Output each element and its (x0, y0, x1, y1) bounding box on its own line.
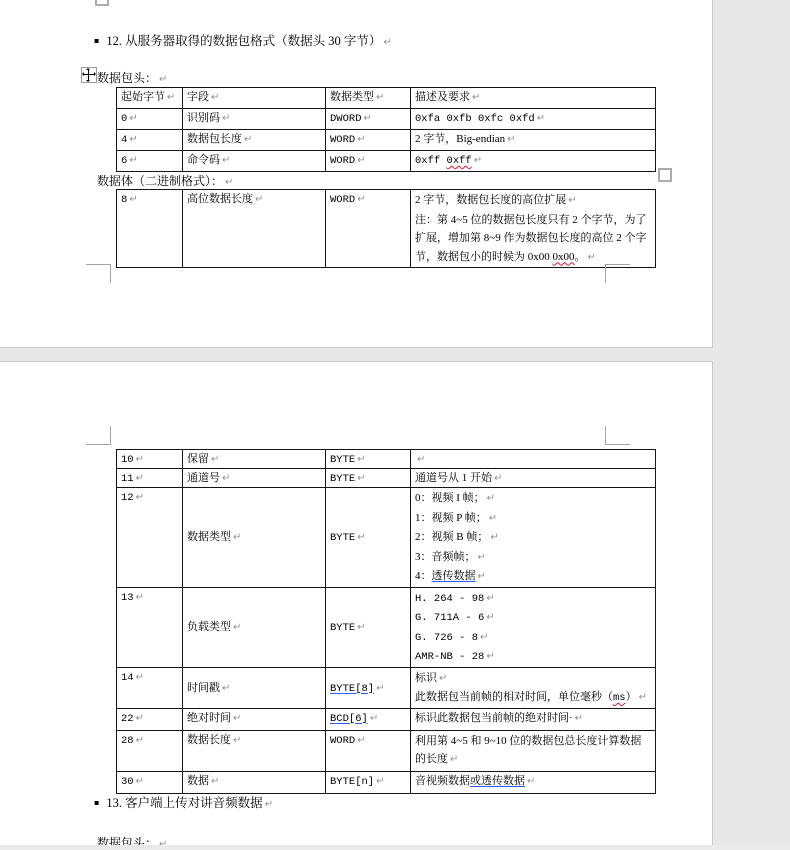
cell-start[interactable]: 11↵ (117, 469, 183, 488)
cell-type[interactable]: DWORD↵ (326, 109, 411, 130)
heading-text: 12. 从服务器取得的数据包格式（数据头 30 字节） (106, 34, 381, 48)
cell-field[interactable]: 命令码↵ (183, 151, 326, 172)
cell-text: 0：视频 I 帧； (415, 492, 485, 504)
viewport-bottom-strip (0, 845, 790, 850)
cell-type[interactable]: WORD↵ (326, 190, 411, 268)
paragraph-mark-icon: ↵ (357, 194, 365, 205)
paragraph-mark-icon: ↵ (136, 735, 144, 746)
paragraph-mark-icon: ↵ (376, 776, 384, 787)
cell-text: BYTE (330, 532, 355, 544)
grammar-marked-text: BCD[6] (330, 713, 368, 725)
paragraph-mark-icon: ↵ (357, 532, 365, 543)
margin-crop-mark (605, 264, 606, 283)
desc-line: 标识↵ (415, 669, 651, 689)
paragraph-mark-icon: ↵ (136, 454, 144, 465)
cell-type[interactable]: BYTE↵ (326, 587, 411, 667)
cell-desc[interactable]: H. 264 - 98↵ G. 711A - 6↵ G. 726 - 8↵ AM… (411, 587, 656, 667)
paragraph-mark-icon: ↵ (222, 473, 230, 484)
cell-start[interactable]: 10↵ (117, 450, 183, 469)
table-row[interactable]: 22↵ 绝对时间↵ BCD[6]↵ 标识此数据包当前帧的绝对时间·↵ (117, 708, 656, 730)
cell-start[interactable]: 4↵ (117, 130, 183, 151)
cell-text: 数据包小的时候为 0x00 (437, 251, 553, 263)
paragraph-mark-icon: ↵ (450, 754, 458, 765)
cell-field[interactable]: 保留↵ (183, 450, 326, 469)
margin-crop-mark (605, 426, 606, 445)
cell-field[interactable]: 数据包长度↵ (183, 130, 326, 151)
cell-type[interactable]: WORD↵ (326, 151, 411, 172)
paragraph-mark-icon: ↵ (480, 632, 488, 643)
desc-line: 此数据包当前帧的相对时间，单位毫秒（ms）↵ (415, 688, 651, 708)
cell-text: H. 264 - 98 (415, 593, 484, 605)
grammar-marked-text: BYTE[8] (330, 683, 374, 695)
misspelled-text: ms (613, 692, 626, 704)
heading-text: 13. 客户端上传对讲音频数据 (106, 796, 262, 810)
paragraph-mark-icon: ↵ (233, 532, 241, 543)
paragraph-mark-icon: ↵ (478, 571, 486, 582)
word-processor-canvas: { "marks": { "pilcrow": "↵", "bullet": "… (0, 0, 790, 850)
cell-text: 2：视频 B 帧； (415, 531, 488, 543)
cell-text: 起始字节 (121, 91, 165, 103)
paragraph-mark-icon: ↵ (129, 155, 137, 166)
paragraph-mark-icon: ↵ (357, 134, 365, 145)
cell-text: 30 (121, 776, 134, 788)
cell-type[interactable]: BYTE↵ (326, 488, 411, 588)
cell-type[interactable]: BYTE[n]↵ (326, 771, 411, 793)
paragraph-mark-icon: ↵ (494, 473, 502, 484)
cell-type[interactable]: WORD↵ (326, 130, 411, 151)
paragraph-mark-icon: ↵ (364, 113, 372, 124)
cell-text: 标识 (415, 672, 437, 684)
cell-type[interactable]: WORD↵ (326, 730, 411, 771)
paragraph-mark-icon: ↵ (639, 692, 647, 703)
paragraph-mark-icon: ↵ (383, 37, 391, 48)
desc-line: G. 726 - 8↵ (415, 628, 651, 648)
cell-text: 11 (121, 473, 134, 485)
arrow-left-icon (82, 72, 84, 76)
cell-field[interactable]: 识别码↵ (183, 109, 326, 130)
cell-text: 负载类型 (187, 621, 231, 633)
margin-crop-mark (110, 426, 111, 445)
cell-start[interactable]: 28↵ (117, 730, 183, 771)
cell-text: 4 (121, 134, 127, 146)
paragraph-mark-icon: ↵ (222, 683, 230, 694)
cell-text: 高位数据长度 (187, 193, 253, 205)
paragraph-mark-icon: ↵ (233, 713, 241, 724)
paragraph-mark-icon: ↵ (255, 194, 263, 205)
paragraph-mark-icon: ↵ (357, 735, 365, 746)
table-row[interactable]: 14↵ 时间戳↵ BYTE[8]↵ 标识↵ 此数据包当前帧的相对时间，单位毫秒（… (117, 667, 656, 708)
paragraph-mark-icon: ↵ (568, 195, 576, 206)
cell-text: 13 (121, 592, 134, 604)
paragraph-mark-icon: ↵ (370, 713, 378, 724)
cell-text: 通道号 (187, 472, 220, 484)
cell-text: 0xff (415, 155, 447, 167)
cell-start[interactable]: 0↵ (117, 109, 183, 130)
cell-start[interactable]: 13↵ (117, 587, 183, 667)
section-heading-12[interactable]: ▪12. 从服务器取得的数据包格式（数据头 30 字节）↵ (94, 31, 392, 49)
cell-text: 此数据包当前帧的相对时间，单位毫秒（ (415, 691, 613, 703)
paragraph-mark-icon: ↵ (136, 592, 144, 603)
table-row[interactable]: 30↵ 数据↵ BYTE[n]↵ 音视频数据或透传数据↵ (117, 771, 656, 793)
cell-text: 4： (415, 570, 432, 582)
desc-line: G. 711A - 6↵ (415, 608, 651, 628)
table-header-row[interactable]: 起始字节↵ 字段↵ 数据类型↵ 描述及要求↵ (117, 88, 656, 109)
cell-text: ） (626, 691, 637, 703)
move-cross-vertical (88, 70, 89, 80)
cell-desc[interactable]: 通道号从 1 开始↵ (411, 469, 656, 488)
cell-text: 3：音频帧； (415, 551, 476, 563)
grammar-marked-text: 透传数据 (432, 570, 476, 582)
margin-crop-mark (605, 444, 630, 445)
paragraph-mark-icon: ↵ (486, 593, 494, 604)
margin-crop-mark (605, 264, 630, 265)
desc-line: 3：音频帧；↵ (415, 548, 651, 568)
margin-crop-mark (86, 264, 111, 265)
cell-text: WORD (330, 134, 355, 146)
cell-text: BYTE (330, 454, 355, 466)
paragraph-mark-icon: ↵ (478, 552, 486, 563)
cell-text: 标识此数据包当前帧的绝对时间· (415, 712, 573, 724)
cell-text: G. 726 - 8 (415, 632, 478, 644)
cell-text: WORD (330, 194, 355, 206)
page-1[interactable]: ▪12. 从服务器取得的数据包格式（数据头 30 字节）↵ 数据包头：↵ 起始字… (0, 0, 713, 348)
paragraph-mark-icon: ↵ (265, 799, 273, 810)
cell-text: 28 (121, 735, 134, 747)
cell-desc[interactable]: ↵ (411, 450, 656, 469)
desc-line: 利用第 4~5 和 9~10 位的数据包总长度计算数据的长度↵ (415, 732, 651, 770)
section-heading-13[interactable]: ▪13. 客户端上传对讲音频数据↵ (94, 793, 273, 811)
paragraph-mark-icon: ↵ (357, 622, 365, 633)
cell-text: 数据包长度 (187, 133, 242, 145)
cell-text: 0xfa 0xfb 0xfc 0xfd (415, 113, 535, 125)
cell-desc[interactable]: 2 字节，数据包长度的高位扩展↵ 注：第 4~5 位的数据包长度只有 2 个字节… (411, 190, 656, 268)
table-row[interactable]: 12↵ 数据类型↵ BYTE↵ 0：视频 I 帧；↵ 1：视频 P 帧；↵ 2：… (117, 488, 656, 588)
cell-text: WORD (330, 155, 355, 167)
cell-text: 12 (121, 492, 134, 504)
paragraph-mark-icon: ↵ (376, 92, 384, 103)
table-row[interactable]: 11↵ 通道号↵ BYTE↵ 通道号从 1 开始↵ (117, 469, 656, 488)
cell-type[interactable]: BCD[6]↵ (326, 708, 411, 730)
desc-line: 0：视频 I 帧；↵ (415, 489, 651, 509)
paragraph-mark-icon: ↵ (211, 454, 219, 465)
header-cell-description[interactable]: 描述及要求↵ (411, 88, 656, 109)
header-cell-start-byte[interactable]: 起始字节↵ (117, 88, 183, 109)
paragraph-mark-icon: ↵ (233, 622, 241, 633)
paragraph-mark-icon: ↵ (357, 473, 365, 484)
arrow-up-icon (86, 68, 90, 70)
cell-text: 2 字节，Big-endian (415, 133, 505, 145)
paragraph-mark-icon: ↵ (507, 134, 515, 145)
paragraph-mark-icon: ↵ (233, 735, 241, 746)
paragraph-mark-icon: ↵ (244, 134, 252, 145)
cell-desc[interactable]: 0xfa 0xfb 0xfc 0xfd↵ (411, 109, 656, 130)
table-row[interactable]: 6↵ 命令码↵ WORD↵ 0xff 0xff↵ (117, 151, 656, 172)
cell-start[interactable]: 22↵ (117, 708, 183, 730)
paragraph-mark-icon: ↵ (211, 92, 219, 103)
cell-text: 数据类型 (330, 91, 374, 103)
cell-text: 14 (121, 672, 134, 684)
table-move-handle-icon[interactable] (81, 67, 97, 83)
cell-desc[interactable]: 0xff 0xff↵ (411, 151, 656, 172)
misspelled-text: 0xff (447, 155, 472, 167)
cell-desc[interactable]: 2 字节，Big-endian↵ (411, 130, 656, 151)
paragraph-mark-icon: ↵ (357, 454, 365, 465)
cell-field[interactable]: 数据长度↵ (183, 730, 326, 771)
cell-field[interactable]: 数据↵ (183, 771, 326, 793)
cell-text: 利用第 4~5 和 9~10 位的数据包总长度计算数据的长度 (415, 735, 641, 766)
header-cell-datatype[interactable]: 数据类型↵ (326, 88, 411, 109)
desc-line: 1：视频 P 帧；↵ (415, 509, 651, 529)
arrow-down-icon (86, 80, 90, 82)
table-row[interactable]: 0↵ 识别码↵ DWORD↵ 0xfa 0xfb 0xfc 0xfd↵ (117, 109, 656, 130)
cell-start[interactable]: 6↵ (117, 151, 183, 172)
move-cross-horizontal (84, 74, 94, 75)
cell-text: 绝对时间 (187, 712, 231, 724)
cell-text: 时间戳 (187, 682, 220, 694)
paragraph-mark-icon: ↵ (225, 177, 233, 188)
cell-text: 通道号从 1 开始 (415, 472, 492, 484)
list-bullet-icon: ▪ (94, 36, 99, 45)
paragraph-mark-icon: ↵ (439, 673, 447, 684)
paragraph-mark-icon: ↵ (136, 492, 144, 503)
paragraph-mark-icon: ↵ (527, 776, 535, 787)
caption-packet-header[interactable]: 数据包头：↵ (97, 69, 167, 86)
paragraph-mark-icon: ↵ (472, 92, 480, 103)
cell-text: 2 字节，数据包长度的高位扩展 (415, 194, 566, 206)
cell-text: 6 (121, 155, 127, 167)
margin-crop-mark (110, 264, 111, 283)
cell-desc[interactable]: 音视频数据或透传数据↵ (411, 771, 656, 793)
paragraph-mark-icon: ↵ (489, 513, 497, 524)
caption-text: 数据体（二进制格式）： (97, 174, 223, 188)
cell-text: 音视频数据 (415, 775, 470, 787)
cell-field[interactable]: 时间戳↵ (183, 667, 326, 708)
cell-text: AMR-NB - 28 (415, 651, 484, 663)
cell-field[interactable]: 数据类型↵ (183, 488, 326, 588)
page-2[interactable]: 10↵ 保留↵ BYTE↵ ↵ 11↵ 通道号↵ BYTE↵ 通道号从 1 开始… (0, 361, 713, 850)
table-row[interactable]: 4↵ 数据包长度↵ WORD↵ 2 字节，Big-endian↵ (117, 130, 656, 151)
arrow-right-icon (94, 72, 96, 76)
cell-start[interactable]: 8↵ (117, 190, 183, 268)
paragraph-mark-icon: ↵ (474, 155, 482, 166)
desc-line: H. 264 - 98↵ (415, 589, 651, 609)
cell-type[interactable]: BYTE↵ (326, 450, 411, 469)
cell-text: 字段 (187, 91, 209, 103)
paragraph-mark-icon: ↵ (537, 113, 545, 124)
paragraph-mark-icon: ↵ (575, 713, 583, 724)
paragraph-mark-icon: ↵ (167, 92, 175, 103)
caption-text: 数据包头： (97, 71, 157, 85)
cell-desc[interactable]: 标识此数据包当前帧的绝对时间·↵ (411, 708, 656, 730)
table-row[interactable]: 28↵ 数据长度↵ WORD↵ 利用第 4~5 和 9~10 位的数据包总长度计… (117, 730, 656, 771)
cell-start[interactable]: 30↵ (117, 771, 183, 793)
cell-text: 0 (121, 113, 127, 125)
cell-text: WORD (330, 735, 355, 747)
cell-text: 。 (575, 251, 586, 263)
paragraph-mark-icon: ↵ (222, 113, 230, 124)
cell-text: 10 (121, 454, 134, 466)
list-bullet-icon: ▪ (94, 798, 99, 807)
packet-body-table-continued[interactable]: 10↵ 保留↵ BYTE↵ ↵ 11↵ 通道号↵ BYTE↵ 通道号从 1 开始… (116, 449, 656, 794)
paragraph-mark-icon: ↵ (490, 532, 498, 543)
cell-text: 数据 (187, 775, 209, 787)
desc-line: 4：透传数据↵ (415, 567, 651, 587)
caption-packet-body[interactable]: 数据体（二进制格式）：↵ (97, 172, 233, 189)
desc-line: 2 字节，数据包长度的高位扩展↵ (415, 191, 651, 211)
paragraph-mark-icon: ↵ (486, 612, 494, 623)
cell-start[interactable]: 14↵ (117, 667, 183, 708)
paragraph-mark-icon: ↵ (136, 473, 144, 484)
paragraph-mark-icon: ↵ (588, 252, 596, 263)
cell-text: BYTE[n] (330, 776, 374, 788)
cell-text: 1：视频 P 帧； (415, 512, 487, 524)
cell-text: DWORD (330, 113, 362, 125)
desc-line: AMR-NB - 28↵ (415, 647, 651, 667)
paragraph-mark-icon: ↵ (129, 113, 137, 124)
misspelled-text: 0x00 (553, 251, 575, 263)
cell-text: G. 711A - 6 (415, 612, 484, 624)
desc-line: 2：视频 B 帧；↵ (415, 528, 651, 548)
cell-desc[interactable]: 0：视频 I 帧；↵ 1：视频 P 帧；↵ 2：视频 B 帧；↵ 3：音频帧；↵… (411, 488, 656, 588)
cell-text: 数据长度 (187, 734, 231, 746)
packet-body-table[interactable]: 8↵ 高位数据长度↵ WORD↵ 2 字节，数据包长度的高位扩展↵ 注：第 4~… (116, 189, 656, 268)
packet-header-table[interactable]: 起始字节↵ 字段↵ 数据类型↵ 描述及要求↵ 0↵ 识别码↵ DWORD↵ 0x… (116, 87, 656, 172)
desc-line: 注：第 4~5 位的数据包长度只有 2 个字节，为了扩展，增加第 8~9 作为数… (415, 211, 651, 268)
cell-text: 数据类型 (187, 531, 231, 543)
paragraph-mark-icon: ↵ (376, 683, 384, 694)
cell-field[interactable]: 绝对时间↵ (183, 708, 326, 730)
cell-text: 保留 (187, 453, 209, 465)
cell-type[interactable]: BYTE[8]↵ (326, 667, 411, 708)
paragraph-mark-icon: ↵ (486, 651, 494, 662)
cell-text: 8 (121, 194, 127, 206)
table-row[interactable]: 13↵ 负载类型↵ BYTE↵ H. 264 - 98↵ G. 711A - 6… (117, 587, 656, 667)
cell-field[interactable]: 负载类型↵ (183, 587, 326, 667)
table-row[interactable]: 10↵ 保留↵ BYTE↵ ↵ (117, 450, 656, 469)
cell-field[interactable]: 通道号↵ (183, 469, 326, 488)
cell-text: 识别码 (187, 112, 220, 124)
table-row[interactable]: 8↵ 高位数据长度↵ WORD↵ 2 字节，数据包长度的高位扩展↵ 注：第 4~… (117, 190, 656, 268)
paragraph-mark-icon: ↵ (487, 493, 495, 504)
paragraph-mark-icon: ↵ (211, 776, 219, 787)
paragraph-mark-icon: ↵ (222, 155, 230, 166)
cell-desc[interactable]: 标识↵ 此数据包当前帧的相对时间，单位毫秒（ms）↵ (411, 667, 656, 708)
cell-text: 22 (121, 713, 134, 725)
cell-text: 命令码 (187, 154, 220, 166)
paragraph-mark-icon: ↵ (129, 134, 137, 145)
paragraph-mark-icon: ↵ (159, 74, 167, 85)
cell-text: BYTE (330, 473, 355, 485)
cell-field[interactable]: 高位数据长度↵ (183, 190, 326, 268)
table-resize-handle[interactable] (95, 0, 109, 6)
paragraph-mark-icon: ↵ (129, 194, 137, 205)
paragraph-mark-icon: ↵ (136, 776, 144, 787)
header-cell-field[interactable]: 字段↵ (183, 88, 326, 109)
cell-desc[interactable]: 利用第 4~5 和 9~10 位的数据包总长度计算数据的长度↵ (411, 730, 656, 771)
paragraph-mark-icon: ↵ (136, 672, 144, 683)
margin-crop-mark (86, 444, 111, 445)
paragraph-mark-icon: ↵ (136, 713, 144, 724)
grammar-marked-text: 或透传数据 (470, 775, 525, 787)
paragraph-mark-icon: ↵ (417, 454, 425, 465)
cell-text: BYTE (330, 622, 355, 634)
cell-type[interactable]: BYTE↵ (326, 469, 411, 488)
cell-text: 描述及要求 (415, 91, 470, 103)
paragraph-mark-icon: ↵ (357, 155, 365, 166)
cell-start[interactable]: 12↵ (117, 488, 183, 588)
table-resize-handle[interactable] (658, 168, 672, 182)
